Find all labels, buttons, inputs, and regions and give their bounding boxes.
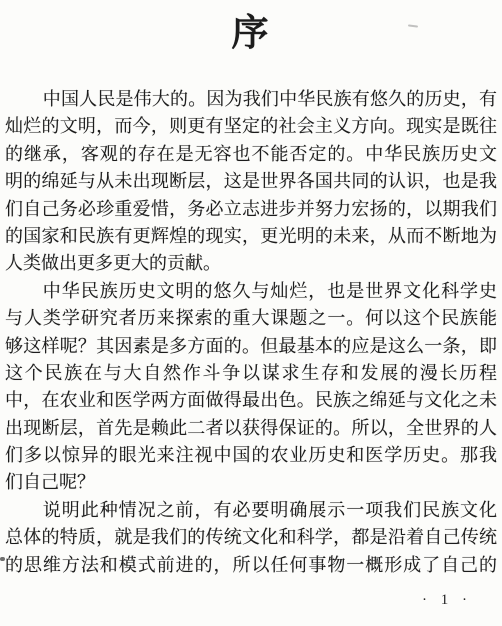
text-line: 们多以惊异的眼光来注视中国的农业历史和医学历史。那我 bbox=[5, 442, 497, 469]
scan-artifact bbox=[0, 557, 5, 561]
book-page: 序 中国人民是伟大的。因为我们中华民族有悠久的历史，有 灿烂的文明，而今，则更有… bbox=[0, 0, 502, 626]
text-line: 灿烂的文明，而今，则更有坚定的社会主义方向。现实是既往 bbox=[5, 113, 497, 140]
body-text: 中国人民是伟大的。因为我们中华民族有悠久的历史，有 灿烂的文明，而今，则更有坚定… bbox=[0, 86, 502, 579]
page-title: 序 bbox=[0, 0, 502, 58]
text-line: 的国家和民族有更辉煌的现实，更光明的未来，从而不断地为 bbox=[5, 223, 497, 250]
text-line: 们自己呢？ bbox=[5, 469, 497, 496]
text-line: 中国人民是伟大的。因为我们中华民族有悠久的历史，有 bbox=[5, 86, 497, 113]
text-line: 中华民族历史文明的悠久与灿烂，也是世界文化科学史 bbox=[5, 278, 497, 305]
text-line: 人类做出更多更大的贡献。 bbox=[5, 250, 497, 277]
text-line: 这个民族在与大自然作斗争以谋求生存和发展的漫长历程 bbox=[5, 360, 497, 387]
text-line: 够这样呢？其因素是多方面的。但最基本的应是这么一条，即 bbox=[5, 333, 497, 360]
text-line: 总体的特质，就是我们的传统文化和科学，都是沿着自己传统 bbox=[5, 524, 497, 551]
text-line: 的思维方法和模式前进的，所以任何事物一概形成了自己的 bbox=[5, 552, 497, 579]
text-line: 明的绵延与从未出现断层，这是世界各国共同的认识，也是我 bbox=[5, 168, 497, 195]
text-line: 中，在农业和医学两方面做得最出色。民族之绵延与文化之未 bbox=[5, 387, 497, 414]
text-line: 们自己务必珍重爱惜，务必立志进步并努力宏扬的，以期我们 bbox=[5, 196, 497, 223]
text-line: 出现断层，首先是赖此二者以获得保证的。所以，全世界的人 bbox=[5, 415, 497, 442]
text-line: 说明此种情况之前，有必要明确展示一项我们民族文化 bbox=[5, 497, 497, 524]
text-line: 与人类学研究者历来探索的重大课题之一。何以这个民族能 bbox=[5, 305, 497, 332]
text-line: 的继承，客观的存在是无容也不能否定的。中华民族历史文 bbox=[5, 141, 497, 168]
page-number: · 1 · bbox=[422, 592, 472, 609]
